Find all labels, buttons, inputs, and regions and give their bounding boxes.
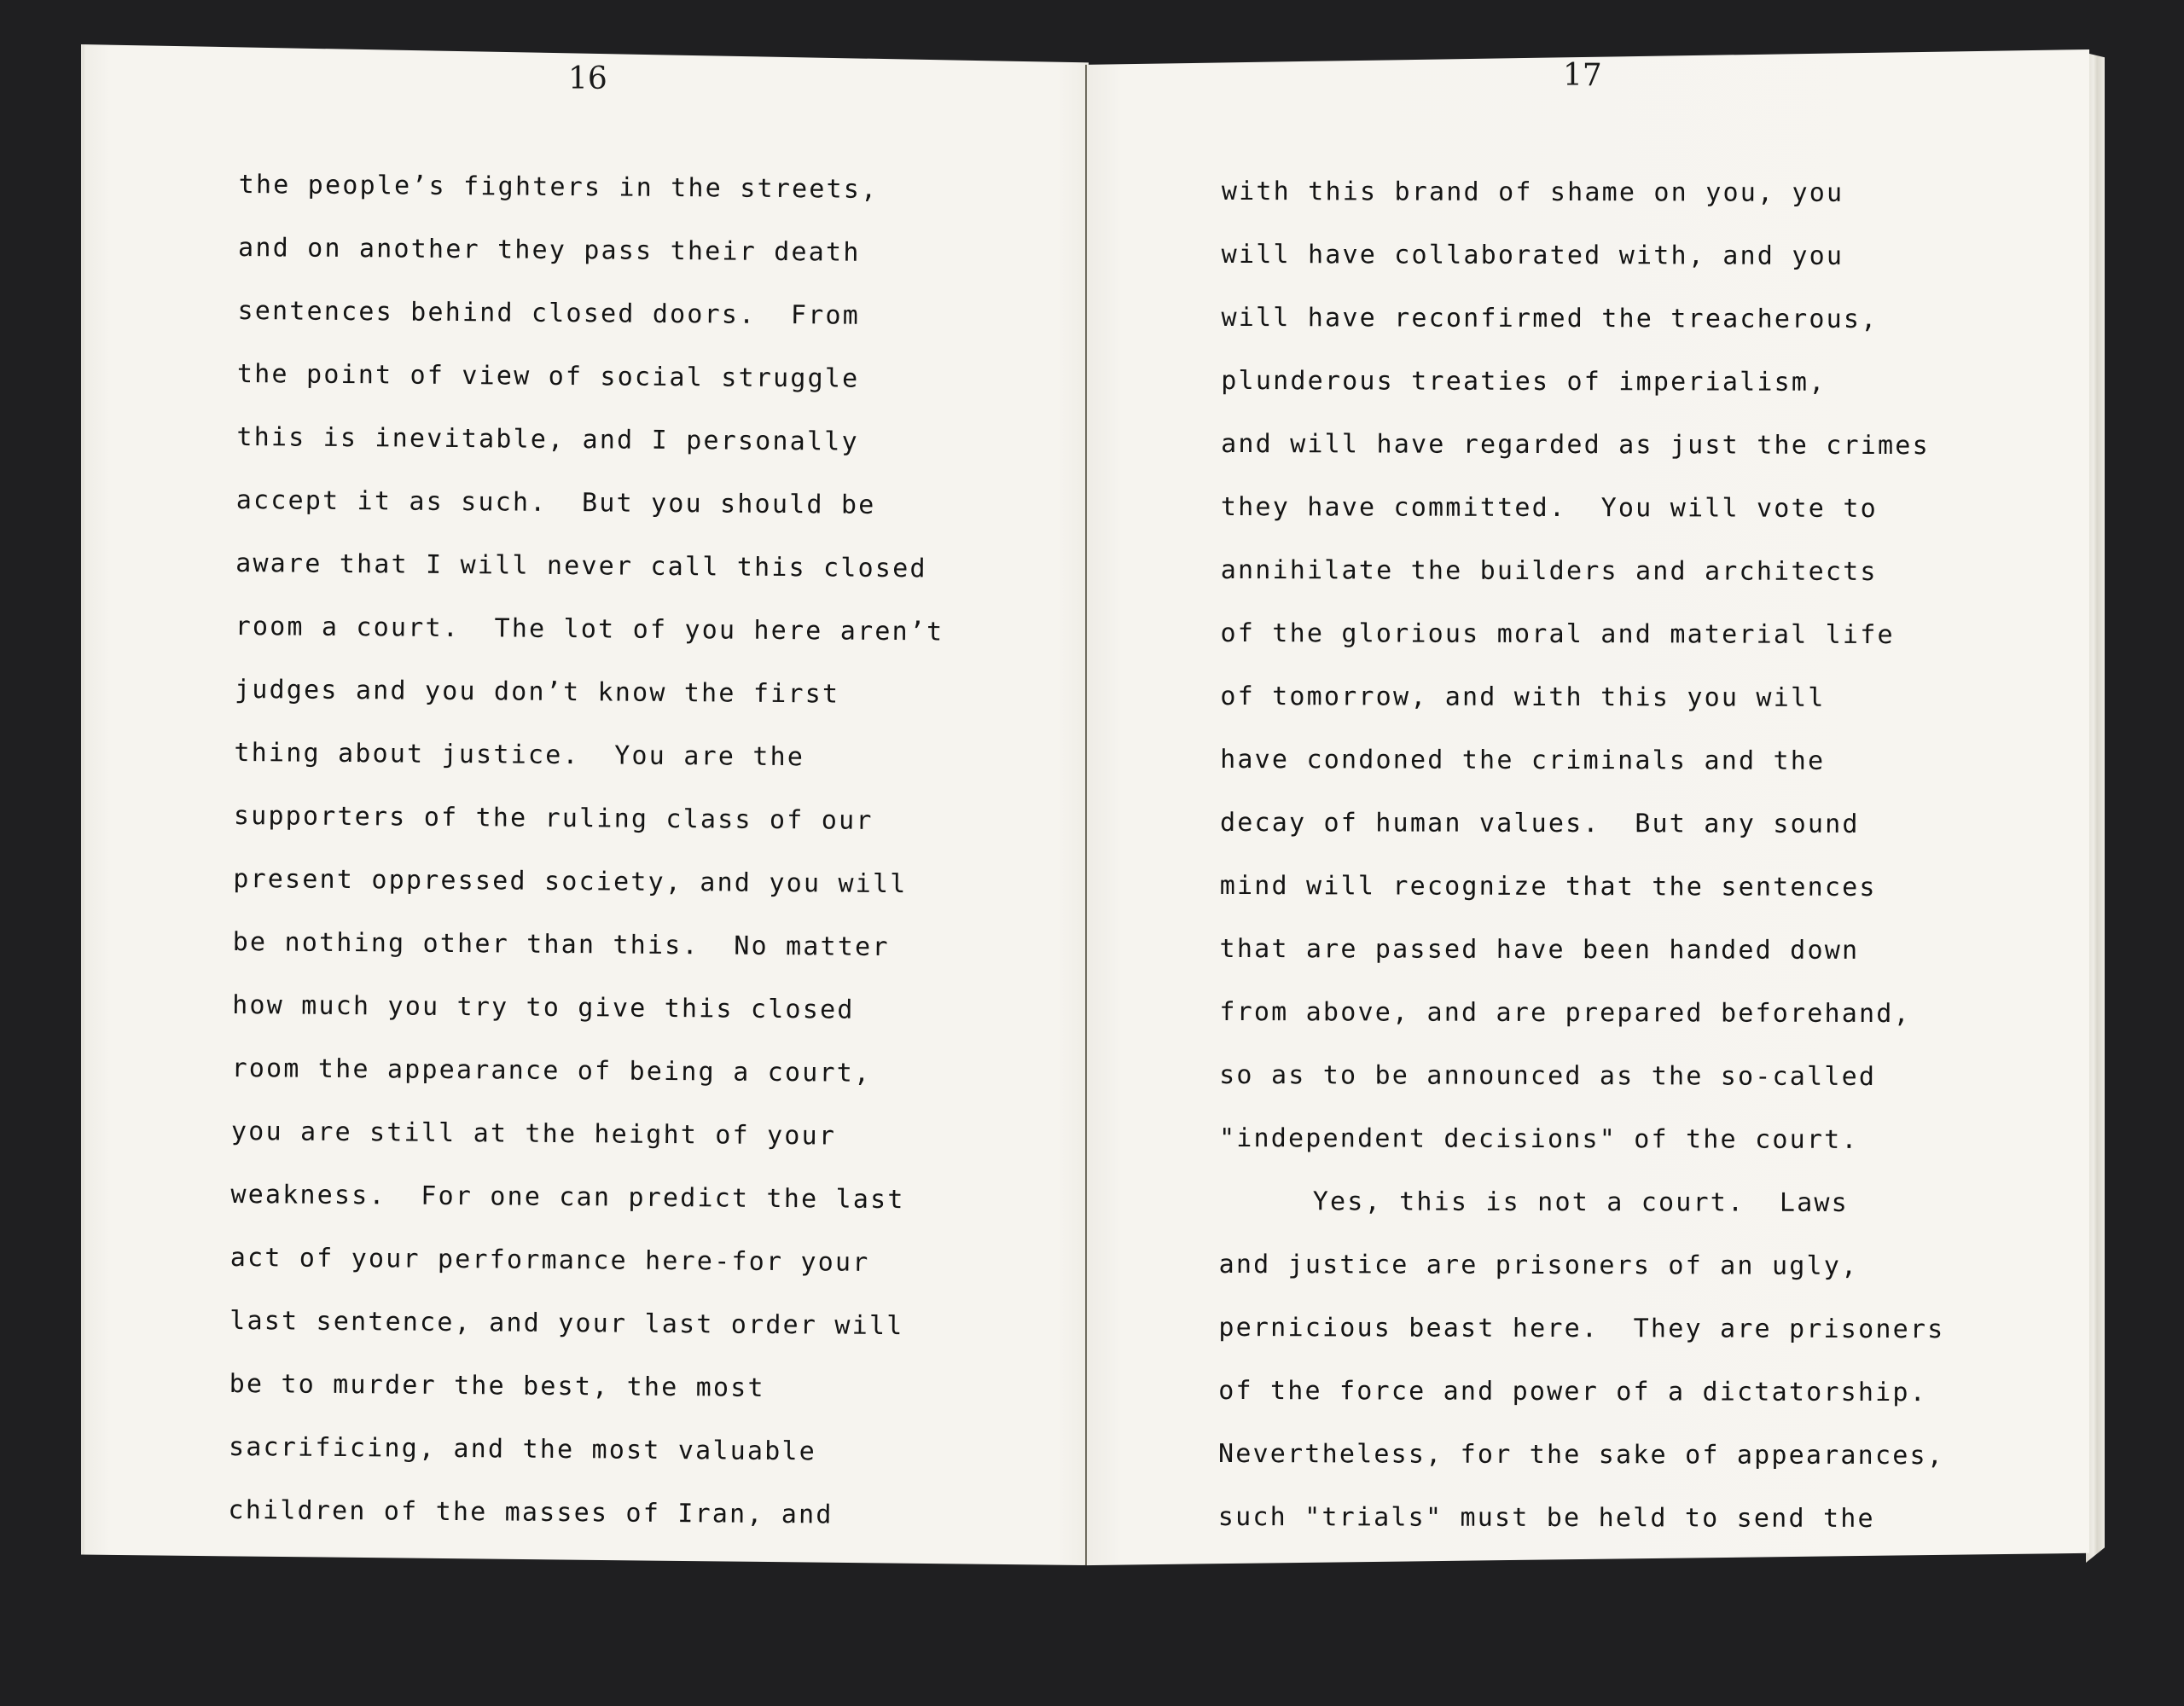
left-text-line: weakness. For one can predict the last <box>230 1163 939 1233</box>
right-page-text: with this brand of shame on you, youwill… <box>1218 160 1948 1551</box>
right-text-line: and justice are prisoners of an ugly, <box>1219 1233 1945 1298</box>
left-text-line: act of your performance here-for your <box>230 1227 939 1296</box>
right-text-line: so as to be announced as the so-called <box>1219 1044 1945 1109</box>
right-text-line: of tomorrow, and with this you will <box>1220 665 1946 730</box>
right-text-line: Yes, this is not a court. Laws <box>1219 1170 1945 1235</box>
page-number-right: 17 <box>1563 58 1602 93</box>
left-text-line: judges and you don’t know the first <box>235 659 944 728</box>
left-text-line: and on another they pass their death <box>238 217 947 286</box>
right-text-line: they have committed. You will vote to <box>1221 476 1947 541</box>
scanned-booklet-spread: 16 17 the people’s fighters in the stree… <box>0 0 2184 1706</box>
right-text-line: and will have regarded as just the crime… <box>1221 413 1947 478</box>
left-text-line: how much you try to give this closed <box>232 974 941 1043</box>
left-text-line: you are still at the height of your <box>231 1100 940 1169</box>
left-text-line: aware that I will never call this closed <box>235 532 944 601</box>
right-text-line: plunderous treaties of imperialism, <box>1221 350 1947 415</box>
right-text-line: annihilate the builders and architects <box>1221 539 1947 604</box>
left-text-line: thing about justice. You are the <box>234 722 943 791</box>
left-text-line: present oppressed society, and you will <box>233 848 942 917</box>
left-text-line: sacrificing, and the most valuable <box>229 1416 938 1485</box>
left-text-line: last sentence, and your last order will <box>229 1290 938 1359</box>
left-text-line: supporters of the ruling class of our <box>234 785 943 854</box>
right-text-line: "independent decisions" of the court. <box>1219 1107 1945 1172</box>
right-text-line: decay of human values. But any sound <box>1220 792 1946 856</box>
right-text-line: will have collaborated with, and you <box>1222 223 1948 288</box>
right-text-line: that are passed have been handed down <box>1219 918 1945 983</box>
left-text-line: accept it as such. But you should be <box>236 469 945 538</box>
right-text-line: from above, and are prepared beforehand, <box>1219 981 1945 1046</box>
right-text-line: pernicious beast here. They are prisoner… <box>1218 1297 1944 1361</box>
left-text-line: be to murder the best, the most <box>229 1353 938 1422</box>
page-number-left: 16 <box>568 61 607 96</box>
right-text-line: such "trials" must be held to send the <box>1218 1486 1944 1551</box>
right-text-line: have condoned the criminals and the <box>1220 728 1946 793</box>
right-text-line: mind will recognize that the sentences <box>1220 855 1946 920</box>
right-text-line: will have reconfirmed the treacherous, <box>1221 287 1947 351</box>
left-page-text: the people’s fighters in the streets,and… <box>228 154 947 1547</box>
left-text-line: the point of view of social struggle <box>237 343 946 412</box>
right-text-line: Nevertheless, for the sake of appearance… <box>1218 1423 1944 1488</box>
left-text-line: be nothing other than this. No matter <box>232 911 941 980</box>
left-text-line: this is inevitable, and I personally <box>236 406 945 475</box>
left-text-line: room a court. The lot of you here aren’t <box>235 595 944 664</box>
right-text-line: with this brand of shame on you, you <box>1222 160 1948 225</box>
left-text-line: sentences behind closed doors. From <box>237 280 946 349</box>
left-text-line: room the appearance of being a court, <box>231 1037 940 1106</box>
right-text-line: of the glorious moral and material life <box>1220 602 1946 667</box>
left-text-line: the people’s fighters in the streets, <box>238 154 947 223</box>
left-text-line: children of the masses of Iran, and <box>228 1479 937 1548</box>
right-text-line: of the force and power of a dictatorship… <box>1218 1360 1944 1425</box>
